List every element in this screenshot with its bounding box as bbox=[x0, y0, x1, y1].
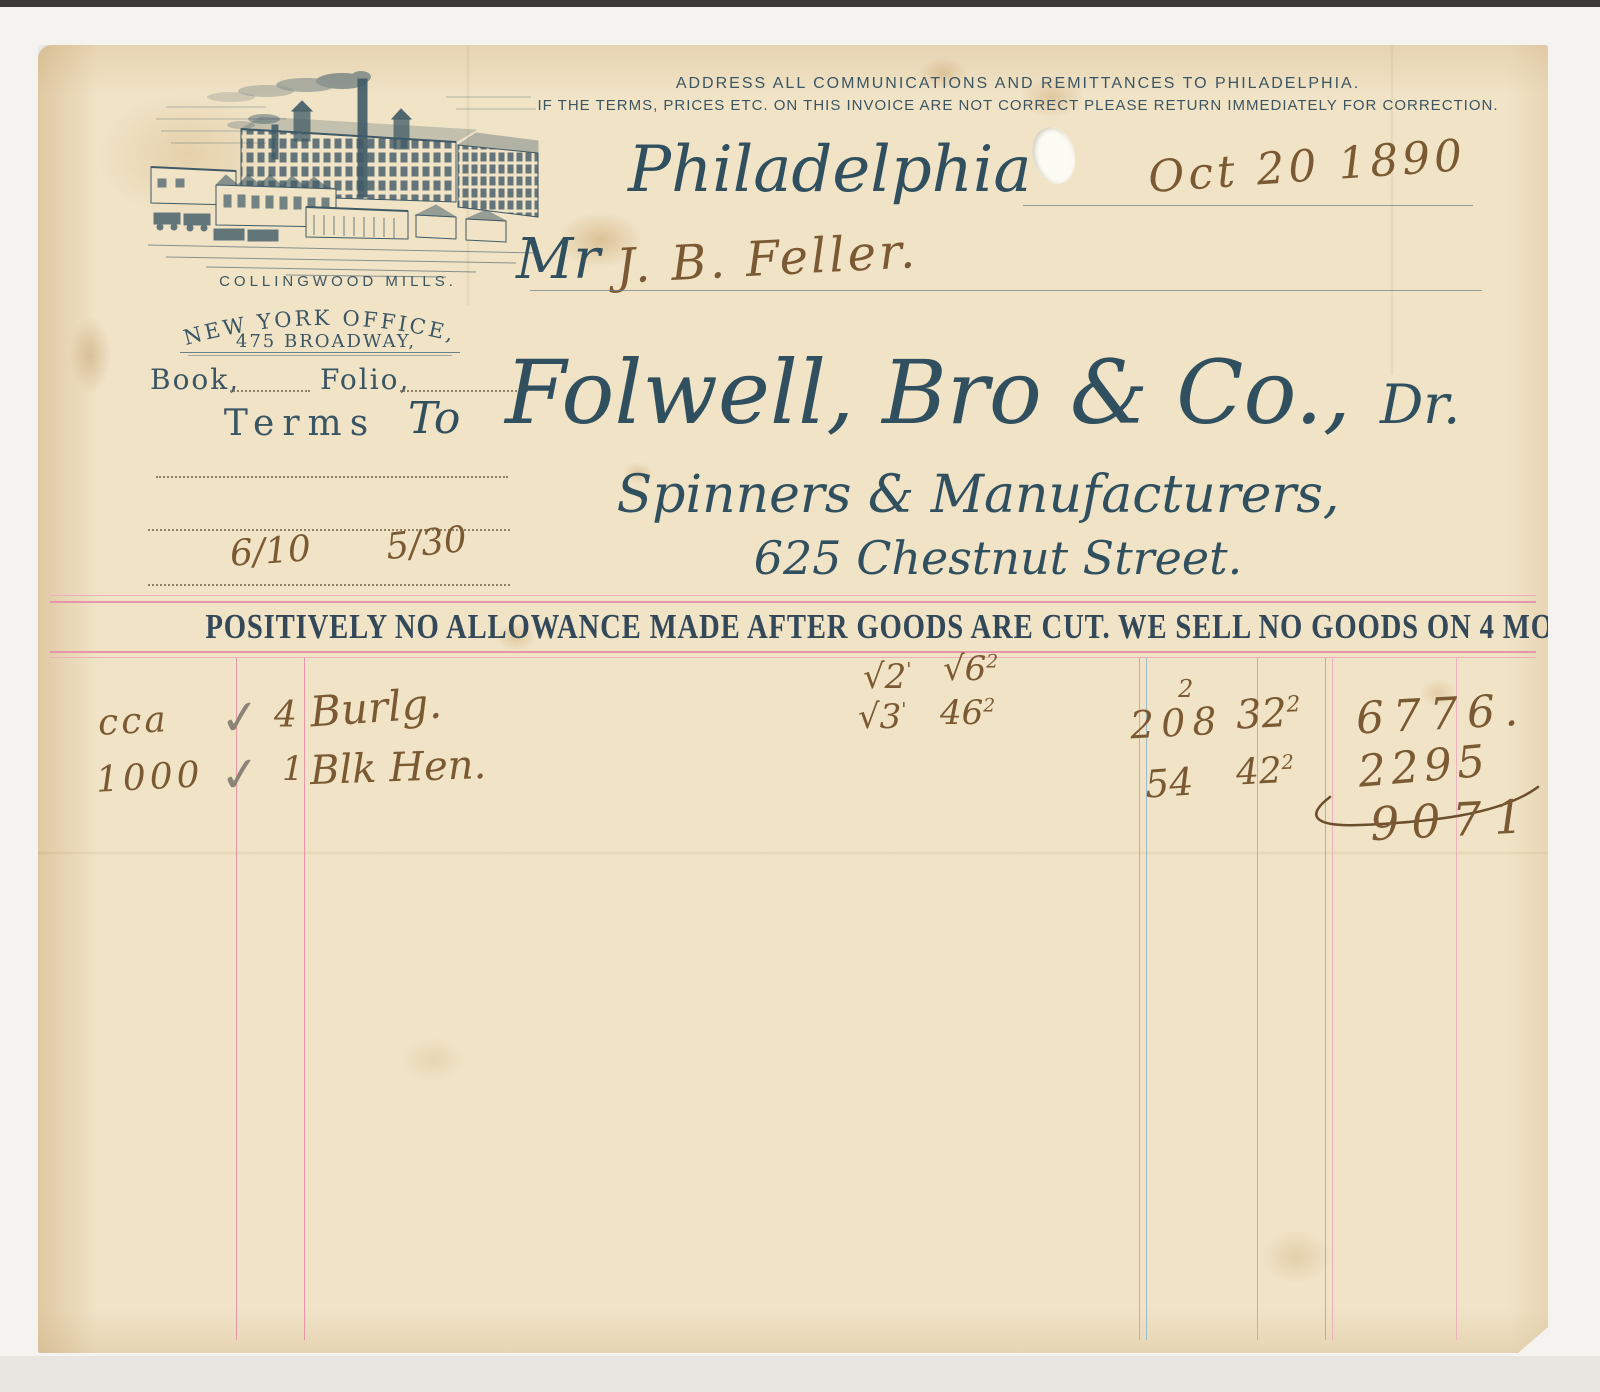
ledger-row2-count: 1 bbox=[282, 749, 304, 789]
column-rule-blue-2 bbox=[1146, 658, 1147, 1340]
colA-superscript: 2 bbox=[1178, 675, 1193, 703]
mills-caption: COLLINGWOOD MILLS. bbox=[178, 273, 498, 290]
colB-value-1: 32 bbox=[1235, 690, 1288, 739]
notice-line-1: ADDRESS ALL COMMUNICATIONS AND REMITTANC… bbox=[498, 75, 1538, 93]
scanner-edge bbox=[0, 0, 1600, 7]
calc-token-1: √2 bbox=[863, 657, 906, 697]
calc-token-2: √6 bbox=[943, 649, 986, 689]
terms-line-3 bbox=[148, 583, 510, 586]
addressee-handwritten: J. B. Feller. bbox=[615, 223, 919, 295]
date-handwritten: Oct 20 1890 bbox=[1147, 130, 1468, 203]
book-entry-line bbox=[230, 389, 310, 392]
rule-under-office bbox=[180, 352, 460, 353]
ledger-row2-item: Blk Hen. bbox=[309, 742, 487, 794]
date-line bbox=[1023, 205, 1473, 206]
column-rule-pink-3 bbox=[1325, 658, 1326, 1340]
colB-value-2: 42 bbox=[1235, 750, 1283, 793]
vertical-crease-right bbox=[1390, 45, 1394, 375]
calc-token-4: 46 bbox=[940, 693, 983, 733]
company-dr-label: Dr. bbox=[1380, 373, 1460, 436]
horizontal-crease bbox=[38, 851, 1548, 855]
calc-token-3-sup: ' bbox=[901, 700, 906, 721]
calc-token-3: √3 bbox=[858, 697, 901, 737]
colA-value-1: 208 bbox=[1129, 699, 1225, 748]
notice-line-2: IF THE TERMS, PRICES ETC. ON THIS INVOIC… bbox=[468, 97, 1568, 114]
to-label: To bbox=[408, 393, 460, 444]
column-rule-pink-4 bbox=[1332, 658, 1333, 1340]
colB-value-2-sup: 2 bbox=[1281, 750, 1295, 774]
banner-rule-bottom-1 bbox=[50, 651, 1536, 653]
company-tagline-script: Spinners & Manufacturers, bbox=[558, 465, 1398, 525]
terms-value-2: 5/30 bbox=[384, 519, 469, 568]
addressee-line bbox=[530, 290, 1482, 291]
terms-line-1 bbox=[156, 475, 508, 478]
punch-hole bbox=[1027, 123, 1079, 187]
column-rule-pink-2 bbox=[304, 658, 305, 1340]
company-address-script: 625 Chestnut Street. bbox=[598, 531, 1398, 585]
rule-under-office-2 bbox=[188, 355, 452, 356]
mr-label: Mr bbox=[516, 227, 600, 292]
calc-token-1-sup: ' bbox=[906, 660, 911, 681]
banner-rule-top-1 bbox=[50, 595, 1536, 596]
invoice-paper: ADDRESS ALL COMMUNICATIONS AND REMITTANC… bbox=[38, 45, 1548, 1353]
ny-office-line2: 475 BROADWAY, bbox=[166, 331, 486, 352]
company-name-script: Folwell, Bro & Co., bbox=[468, 341, 1388, 444]
folio-label: Folio, bbox=[320, 363, 410, 396]
terms-label: Terms bbox=[190, 403, 410, 444]
ledger-row2-checkmark: ✓ bbox=[217, 745, 263, 805]
banner-rule-bottom-2 bbox=[50, 657, 1536, 658]
amount-total: 9071 bbox=[1369, 789, 1537, 852]
banner-text: POSITIVELY NO ALLOWANCE MADE AFTER GOODS… bbox=[205, 607, 1600, 647]
ledger-row2-code: 1000 bbox=[95, 754, 205, 801]
ledger-row1-item: Burlg. bbox=[308, 678, 443, 736]
colB-value-1-sup: 2 bbox=[1286, 692, 1301, 718]
scanner-background bbox=[0, 1356, 1600, 1392]
banner: POSITIVELY NO ALLOWANCE MADE AFTER GOODS… bbox=[38, 607, 1548, 647]
ledger-row1-checkmark: ✓ bbox=[217, 688, 263, 748]
ledger-row1-code: cca bbox=[97, 699, 170, 744]
column-rule-blue-1 bbox=[1139, 658, 1140, 1340]
colA-value-2: 54 bbox=[1144, 759, 1195, 806]
city-script: Philadelphia bbox=[628, 133, 1032, 207]
terms-value-1: 6/10 bbox=[229, 528, 313, 575]
book-label: Book, bbox=[150, 363, 240, 396]
banner-rule-top-2 bbox=[50, 601, 1536, 603]
calc-token-4-sup: 2 bbox=[983, 696, 995, 717]
factory-illustration-icon bbox=[146, 67, 541, 279]
ledger-row1-count: 4 bbox=[274, 695, 297, 736]
calc-token-2-sup: 2 bbox=[986, 652, 998, 673]
amount-1: 6776. bbox=[1355, 685, 1528, 745]
